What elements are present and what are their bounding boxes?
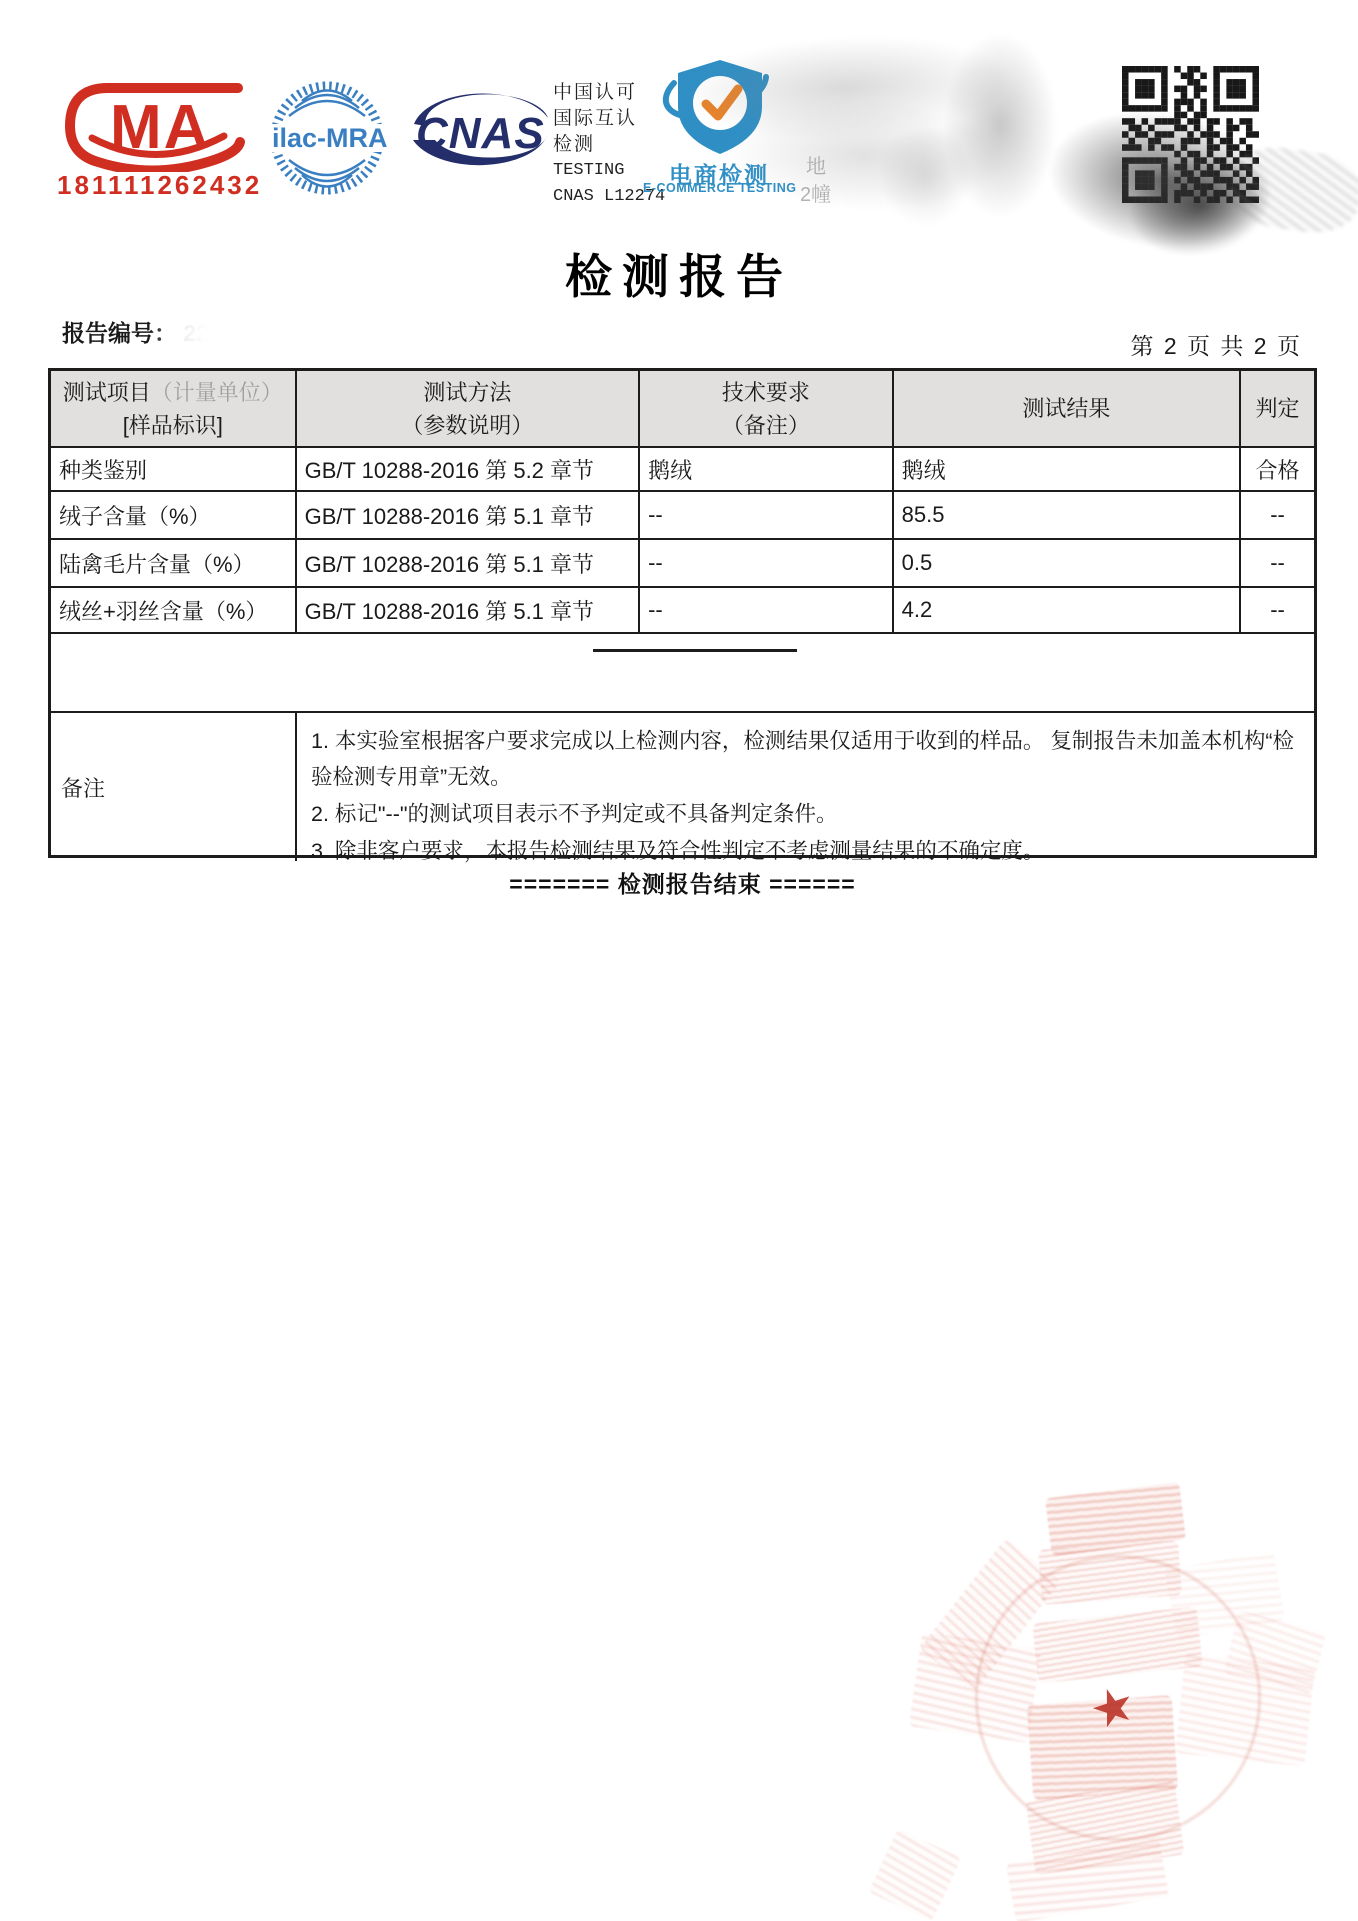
remark-item: 2. 标记"--"的测试项目表示不予判定或不具备判定条件。 (311, 796, 1300, 832)
cell-result: 4.2 (894, 588, 1241, 632)
remarks-body: 1. 本实验室根据客户要求完成以上检测内容，检测结果仅适用于收到的样品。 复制报… (297, 713, 1314, 861)
center-divider-line (593, 649, 797, 652)
cell-result: 0.5 (894, 540, 1241, 586)
report-end-marker: ======= 检测报告结束 ====== (0, 866, 1358, 899)
cma-logo-shape: MA (62, 80, 252, 172)
accreditation-line: 国际互认 (553, 106, 665, 132)
cell-method: GB/T 10288-2016 第 5.1 章节 (297, 492, 640, 538)
cell-requirement: -- (640, 540, 894, 586)
test-report-page: MA 181111262432 ilac-MRA CNAS 中国认可 国际互认 … (0, 0, 1358, 1921)
grey-smudge (870, 115, 980, 235)
report-number-label: 报告编号： (62, 320, 177, 346)
cell-method: GB/T 10288-2016 第 5.1 章节 (297, 588, 640, 632)
results-table: 测试项目（计量单位） [样品标识] 测试方法 （参数说明） 技术要求 （备注） … (48, 368, 1317, 858)
accreditation-line: 中国认可 (553, 80, 665, 106)
header-test-item: 测试项目（计量单位） [样品标识] (51, 371, 297, 446)
grey-smudge (935, 20, 1065, 230)
header-test-result: 测试结果 (894, 371, 1241, 446)
remark-item: 1. 本实验室根据客户要求完成以上检测内容，检测结果仅适用于收到的样品。 复制报… (311, 723, 1300, 795)
table-row: 绒丝+羽丝含量（%） GB/T 10288-2016 第 5.1 章节 -- 4… (51, 588, 1314, 634)
cell-requirement: -- (640, 588, 894, 632)
ecommerce-testing-logo (660, 55, 780, 160)
faint-address-fragment: 地 (806, 150, 826, 179)
cell-result: 85.5 (894, 492, 1241, 538)
cma-logo: MA (62, 80, 252, 172)
remarks-label: 备注 (51, 713, 297, 861)
cnas-letters: CNAS (416, 109, 545, 158)
ilac-mra-logo: ilac-MRA (264, 80, 390, 206)
cma-letters: MA (110, 93, 210, 162)
faint-address-fragment: 2幢 (800, 178, 831, 207)
cell-item: 种类鉴别 (51, 448, 297, 490)
accreditation-line: 检测 (553, 132, 665, 158)
header-tech-requirement: 技术要求 （备注） (640, 371, 894, 446)
ilac-mra-logo-shape: ilac-MRA (264, 80, 390, 206)
cnas-logo-shape: CNAS (408, 84, 553, 178)
remarks-row: 备注 1. 本实验室根据客户要求完成以上检测内容，检测结果仅适用于收到的样品。 … (51, 713, 1314, 861)
cell-item: 绒丝+羽丝含量（%） (51, 588, 297, 632)
report-number-line: 报告编号： 22 (62, 315, 209, 348)
cell-result: 鹅绒 (894, 448, 1241, 490)
table-row: 陆禽毛片含量（%） GB/T 10288-2016 第 5.1 章节 -- 0.… (51, 540, 1314, 588)
cma-number: 181111262432 (57, 170, 249, 201)
qr-code (1122, 66, 1259, 203)
header-test-item-text: 测试项目 (63, 380, 151, 405)
table-row: 种类鉴别 GB/T 10288-2016 第 5.2 章节 鹅绒 鹅绒 合格 (51, 448, 1314, 492)
cell-method: GB/T 10288-2016 第 5.2 章节 (297, 448, 640, 490)
page-indicator: 第 2 页 共 2 页 (1130, 328, 1302, 361)
cell-requirement: -- (640, 492, 894, 538)
header-verdict: 判定 (1241, 371, 1314, 446)
report-number-redacted: 22 (183, 320, 209, 346)
header-sample-id: [样品标识] (59, 409, 287, 442)
cnas-logo: CNAS (408, 84, 553, 178)
page-title: 检测报告 (0, 240, 1358, 307)
empty-spacer-row (51, 634, 1314, 713)
cell-method: GB/T 10288-2016 第 5.1 章节 (297, 540, 640, 586)
cell-requirement: 鹅绒 (640, 448, 894, 490)
ecommerce-testing-en: E-COMMERCE TESTING (643, 181, 795, 195)
cell-item: 陆禽毛片含量（%） (51, 540, 297, 586)
cell-verdict: -- (1241, 492, 1314, 538)
table-header-row: 测试项目（计量单位） [样品标识] 测试方法 （参数说明） 技术要求 （备注） … (51, 371, 1314, 448)
table-row: 绒子含量（%） GB/T 10288-2016 第 5.1 章节 -- 85.5… (51, 492, 1314, 540)
header-test-item-faded: （计量单位） (151, 380, 283, 405)
header-test-method: 测试方法 （参数说明） (297, 371, 640, 446)
cell-verdict: -- (1241, 540, 1314, 586)
shield-check-icon (660, 55, 780, 160)
cell-item: 绒子含量（%） (51, 492, 297, 538)
ilac-mra-label: ilac-MRA (272, 123, 388, 153)
cell-verdict: 合格 (1241, 448, 1314, 490)
cell-verdict: -- (1241, 588, 1314, 632)
remark-item: 3. 除非客户要求，本报告检测结果及符合性判定不考虑测量结果的不确定度。 (311, 833, 1300, 869)
